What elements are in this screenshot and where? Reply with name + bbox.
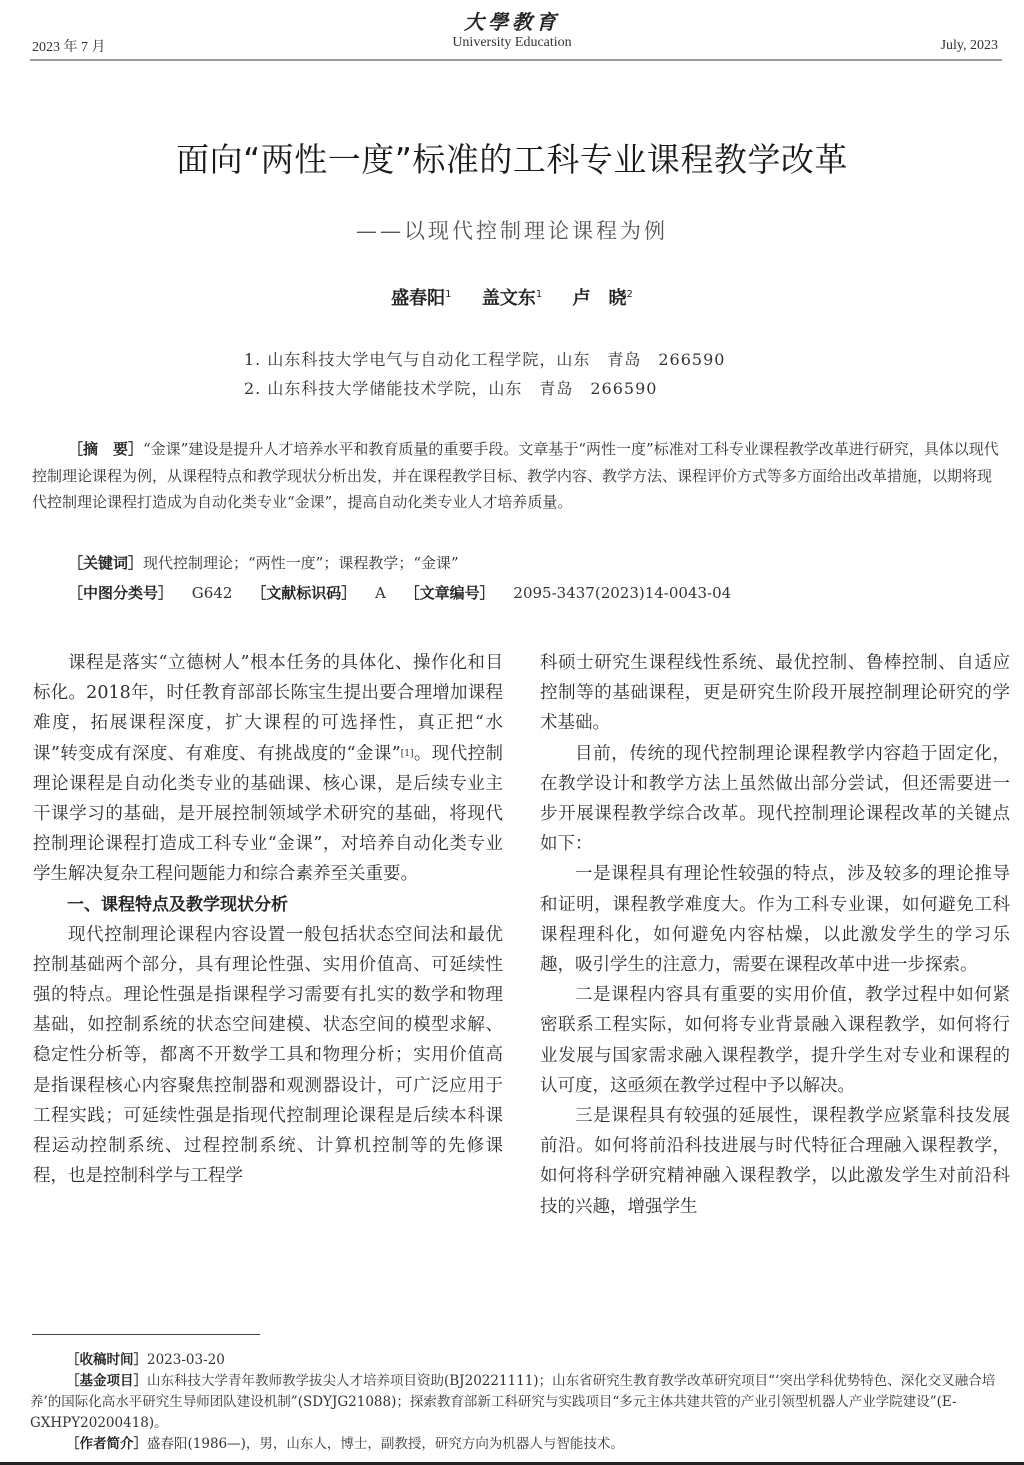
affiliation-1: 1. 山东科技大学电气与自动化工程学院，山东 青岛 266590 bbox=[244, 347, 725, 370]
author: 盛春阳1 bbox=[391, 288, 451, 309]
paper-title: 面向“两性一度”标准的工科专业课程教学改革 bbox=[0, 134, 1024, 181]
keywords-text: 现代控制理论；“两性一度”；课程教学；“金课” bbox=[143, 554, 459, 572]
body-left-column: 课程是落实“立德树人”根本任务的具体化、操作化和目标化。2018年，时任教育部部… bbox=[33, 648, 503, 1191]
paragraph: 目前，传统的现代控制理论课程教学内容趋于固定化，在教学设计和教学方法上虽然做出部… bbox=[540, 739, 1010, 860]
paragraph: 课程是落实“立德树人”根本任务的具体化、操作化和目标化。2018年，时任教育部部… bbox=[33, 648, 503, 890]
received-date: ［收稿时间］2023-03-20 bbox=[30, 1350, 1008, 1371]
article-no-label: ［文章编号］ bbox=[405, 584, 495, 602]
paragraph: 三是课程具有较强的延展性，课程教学应紧靠科技发展前沿。如何将前沿科技进展与时代特… bbox=[540, 1101, 1010, 1222]
classification-row: ［中图分类号］ G642 ［文献标识码］ A ［文章编号］ 2095-3437(… bbox=[68, 582, 731, 603]
section-heading: 一、课程特点及教学现状分析 bbox=[33, 890, 503, 920]
author-list: 盛春阳1 盖文东1 卢 晓2 bbox=[0, 284, 1024, 310]
keywords: ［关键词］现代控制理论；“两性一度”；课程教学；“金课” bbox=[68, 552, 459, 573]
body-right-column: 科硕士研究生课程线性系统、最优控制、鲁棒控制、自适应控制等的基础课程，更是研究生… bbox=[540, 648, 1010, 1222]
footnotes: ［收稿时间］2023-03-20 ［基金项目］山东科技大学青年教师教学拔尖人才培… bbox=[30, 1350, 1008, 1455]
paragraph: 科硕士研究生课程线性系统、最优控制、鲁棒控制、自适应控制等的基础课程，更是研究生… bbox=[540, 648, 1010, 739]
clc-label: ［中图分类号］ bbox=[68, 584, 173, 602]
author: 卢 晓2 bbox=[572, 288, 632, 309]
doc-code-label: ［文献标识码］ bbox=[251, 584, 356, 602]
citation-ref: [1] bbox=[401, 749, 414, 759]
paragraph: 现代控制理论课程内容设置一般包括状态空间法和最优控制基础两个部分，具有理论性强、… bbox=[33, 920, 503, 1192]
abstract-text: “金课”建设是提升人才培养水平和教育质量的重要手段。文章基于“两性一度”标准对工… bbox=[32, 440, 999, 511]
affiliation-2: 2. 山东科技大学储能技术学院，山东 青岛 266590 bbox=[244, 376, 657, 399]
header-date-en: July, 2023 bbox=[941, 38, 998, 54]
keywords-label: ［关键词］ bbox=[68, 554, 143, 572]
journal-logo: 大學教育 bbox=[0, 6, 1024, 35]
clc-value: G642 bbox=[192, 584, 233, 602]
paragraph: 一是课程具有理论性较强的特点，涉及较多的理论推导和证明，课程教学难度大。作为工科… bbox=[540, 859, 1010, 980]
abstract: ［摘 要］“金课”建设是提升人才培养水平和教育质量的重要手段。文章基于“两性一度… bbox=[32, 436, 1004, 516]
paper-subtitle: ——以现代控制理论课程为例 bbox=[0, 215, 1024, 245]
fund-info: ［基金项目］山东科技大学青年教师教学拔尖人才培养项目资助(BJ20221111)… bbox=[30, 1371, 1008, 1434]
article-no-value: 2095-3437(2023)14-0043-04 bbox=[513, 584, 731, 602]
author: 盖文东1 bbox=[482, 288, 542, 309]
doc-code-value: A bbox=[375, 584, 386, 602]
header-divider bbox=[30, 59, 1002, 61]
footnote-divider bbox=[32, 1334, 260, 1335]
header-journal-name: University Education bbox=[0, 35, 1024, 51]
abstract-label: ［摘 要］ bbox=[68, 440, 143, 458]
author-bio: ［作者简介］盛春阳(1986—)，男，山东人，博士，副教授，研究方向为机器人与智… bbox=[30, 1434, 1008, 1455]
paragraph: 二是课程内容具有重要的实用价值，教学过程中如何紧密联系工程实际，如何将专业背景融… bbox=[540, 980, 1010, 1101]
